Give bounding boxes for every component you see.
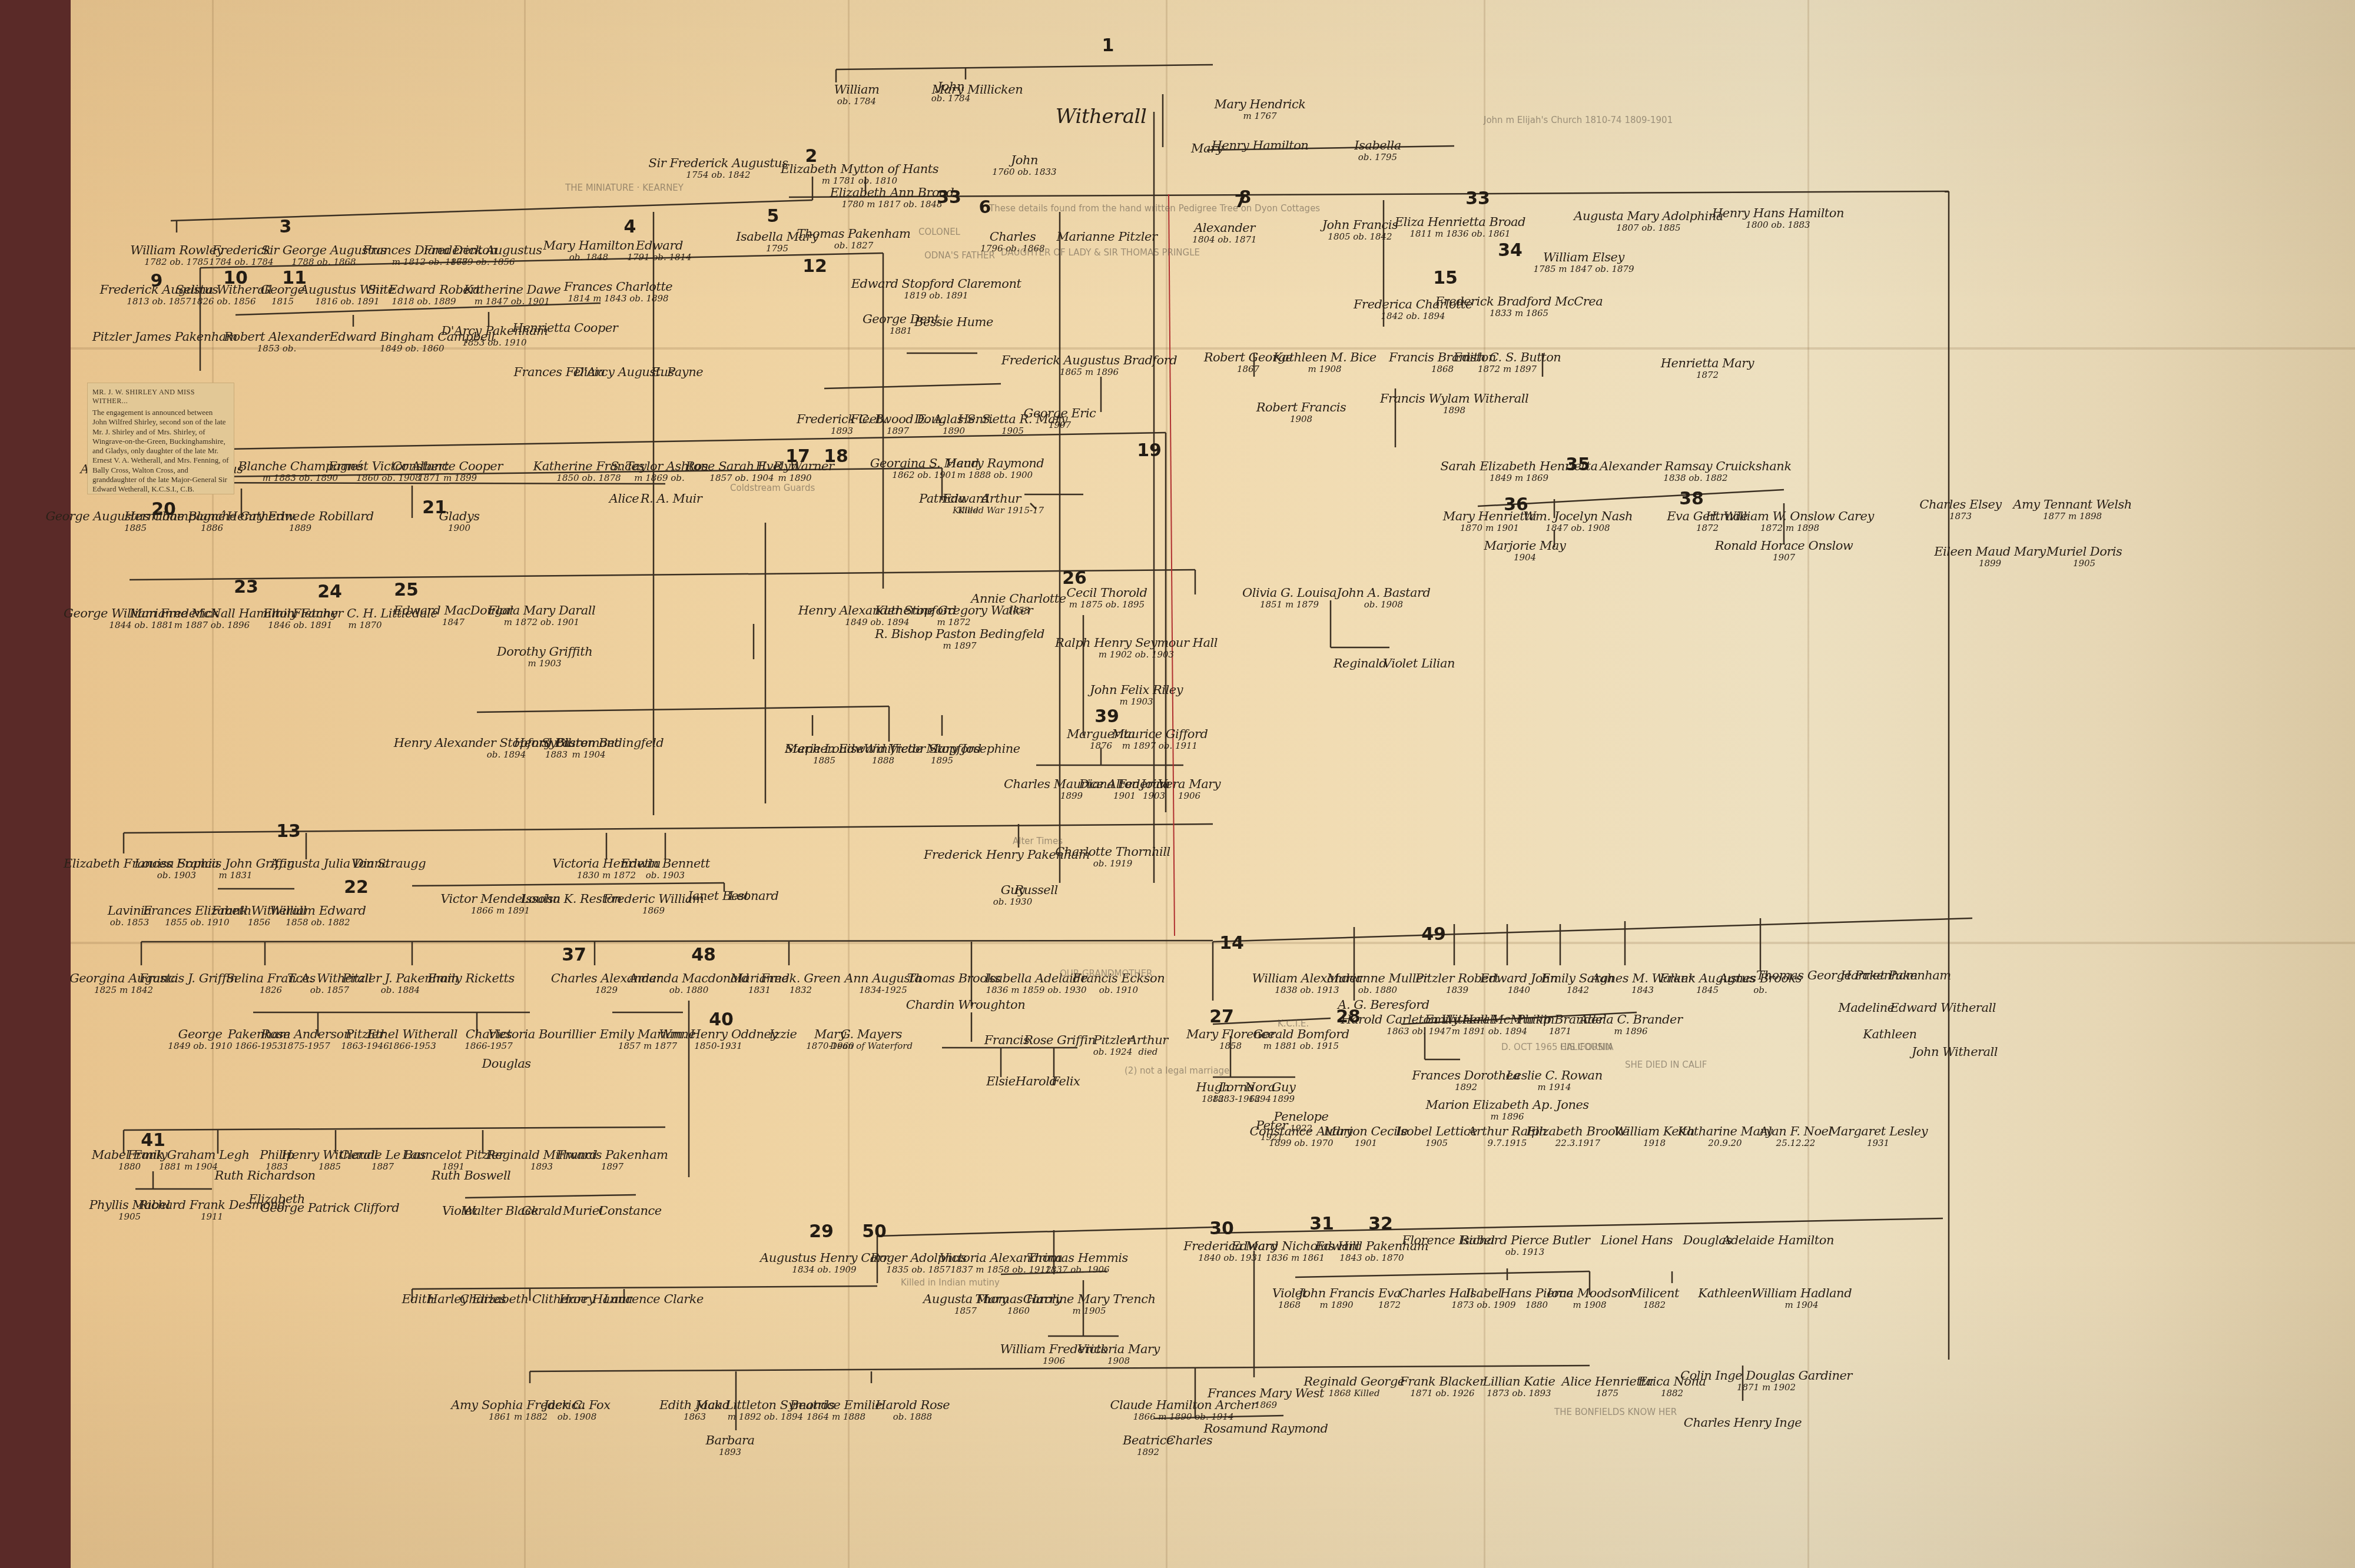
person-name: Kathleen M. Bice — [1273, 351, 1376, 364]
person-name: Edith C. S. Button — [1454, 351, 1561, 364]
person-entry: Reginald George1868 Killed — [1303, 1375, 1405, 1398]
person-dates: 1853 ob. — [224, 344, 330, 354]
person-name: Chardin Wroughton — [906, 998, 1025, 1011]
person-dates: 1875-1957 — [261, 1042, 351, 1051]
person-entry: Muriel — [563, 1204, 603, 1217]
generation-number: 35 — [1565, 454, 1590, 475]
person-name: Robert Alexander — [224, 330, 330, 343]
person-dates: 1892 — [1123, 1448, 1173, 1457]
person-dates: m 1896 — [1425, 1112, 1588, 1122]
person-name: Emily Ricketts — [427, 972, 514, 985]
person-entry: George1849 ob. 1910 — [168, 1028, 232, 1051]
person-name: Katherine Dawe — [464, 283, 561, 296]
person-name: Mary Hendrick — [1214, 98, 1305, 111]
person-entry: John1760 ob. 1833 — [992, 154, 1056, 177]
person-entry: Marianne Pitzler — [1057, 230, 1157, 243]
person-dates: m 1908 — [1273, 365, 1376, 374]
person-entry: Witherall — [1056, 107, 1147, 128]
person-name: Augustus Henry Carr — [760, 1251, 888, 1264]
person-entry: Iona Moodsonm 1908 — [1547, 1287, 1633, 1310]
person-dates: 1866-1953 — [367, 1042, 457, 1051]
generation-number: 24 — [317, 582, 342, 602]
person-dates: 1851 m 1879 — [1242, 600, 1336, 610]
person-dates: 1873 ob. 1893 — [1483, 1389, 1555, 1398]
person-dates: 1907 — [1024, 421, 1096, 430]
person-dates: ob. 1795 — [1354, 153, 1401, 162]
person-entry: Henry Paston Bedingfeldm 1904 — [514, 736, 664, 760]
pencil-annotation: Alter Times — [1013, 836, 1063, 846]
person-entry: Chardin Wroughton — [906, 998, 1025, 1011]
person-name: Marianne Pitzler — [1057, 230, 1157, 243]
person-name: Bessie Hume — [914, 315, 993, 328]
person-dates: ob. 1888 — [875, 1413, 950, 1422]
person-dates: 1819 ob. 1891 — [851, 291, 1021, 301]
person-entry: Violet Lilian — [1383, 657, 1455, 670]
person-entry: Ethel Witherall1866-1953 — [367, 1028, 457, 1051]
person-entry: Frederick Augustus1789 ob. 1856 — [424, 244, 542, 267]
person-dates: ob. 1910 — [1073, 986, 1165, 995]
person-name: Kathleen — [1698, 1287, 1752, 1300]
person-entry: Edwin Bennettob. 1903 — [621, 857, 709, 881]
person-dates: m 1881 ob. 1915 — [1253, 1042, 1349, 1051]
generation-number: 29 — [809, 1221, 834, 1242]
person-name: Harry — [559, 1293, 595, 1305]
person-entry: Barbara1893 — [705, 1434, 754, 1457]
person-entry: Eileen Maud Mary1899 — [1934, 545, 2045, 569]
person-entry: Frederick Augustus Bradford1865 m 1896 — [1001, 354, 1177, 377]
generation-number: 2 — [805, 146, 818, 167]
person-dates: m 1914 — [1506, 1083, 1602, 1092]
person-dates: 1850-1931 — [659, 1042, 778, 1051]
person-entry: Eva1872 — [1378, 1287, 1401, 1310]
pencil-annotation: COLONEL — [918, 227, 960, 237]
person-entry: Kathleen — [1698, 1287, 1752, 1300]
person-dates: 1872 m 1897 — [1454, 365, 1561, 374]
person-dates: 1869 — [603, 906, 704, 916]
person-entry: Mary Hendrickm 1767 — [1214, 98, 1305, 121]
person-entry: Constance — [598, 1204, 661, 1217]
person-name: H. William W. Onslow Carey — [1706, 510, 1874, 523]
person-entry: H. William W. Onslow Carey1872 m 1898 — [1706, 510, 1874, 533]
pencil-annotation: D. OCT 1965 CALIFORNIA — [1501, 1042, 1614, 1052]
person-entry: Francis Wylam Witherall1898 — [1380, 392, 1528, 416]
person-name: Rose Griffin — [1024, 1034, 1096, 1047]
person-entry: Alexander Ramsay Cruickshank1838 ob. 188… — [1600, 460, 1791, 483]
person-dates: m 1831 — [177, 871, 295, 881]
person-name: William Hadland — [1752, 1287, 1852, 1300]
fold-line — [71, 942, 2355, 944]
person-entry: Beatrice Emilie1864 m 1888 — [790, 1398, 883, 1422]
person-name: Francis J. Griffin — [139, 972, 237, 985]
person-entry: Guy1899 — [1272, 1081, 1296, 1104]
generation-number: 1 — [1102, 35, 1115, 56]
person-dates: 1864 m 1888 — [790, 1413, 883, 1422]
pencil-annotation: THE MINIATURE · KEARNEY — [565, 182, 684, 193]
person-dates: ob. — [1719, 986, 1802, 995]
person-dates: 1805 ob. 1842 — [1322, 232, 1398, 242]
person-entry: Robert Francis1908 — [1256, 401, 1346, 424]
generation-number: 38 — [1679, 489, 1704, 509]
person-name: John Felix Riley — [1090, 683, 1183, 696]
person-name: Richard Pierce Butler — [1460, 1234, 1590, 1247]
person-name: Guy — [1272, 1081, 1296, 1094]
person-name: G. Mayers — [830, 1028, 913, 1041]
person-entry: Wm. Henry Oddney1850-1931 — [659, 1028, 778, 1051]
person-entry: Charles — [1166, 1434, 1213, 1447]
person-entry: Edward1791 ob. 1814 — [627, 239, 691, 263]
person-name: Elizabeth Mytton of Hants — [781, 162, 938, 175]
person-dates: 1889 — [227, 524, 374, 533]
generation-number: 23 — [234, 577, 258, 597]
person-name: Henry Hamilton — [1212, 139, 1309, 152]
fold-line — [212, 0, 214, 1568]
generation-number: 9 — [151, 271, 163, 291]
person-dates: 1872 — [1378, 1301, 1401, 1310]
person-entry: Rose Griffin — [1024, 1034, 1096, 1047]
person-name: Felix — [1052, 1075, 1080, 1088]
person-dates: m 1904 — [1752, 1301, 1852, 1310]
generation-number: 12 — [802, 256, 827, 277]
person-name: Charles Henry Inge — [1684, 1416, 1802, 1429]
person-entry: William Edward1858 ob. 1882 — [270, 904, 366, 928]
person-name: Leslie C. Rowan — [1506, 1069, 1602, 1082]
person-name: Charles — [1166, 1434, 1213, 1447]
person-dates: Killed War 1915-17 — [958, 506, 1044, 516]
person-dates: 1791 ob. 1814 — [627, 253, 691, 263]
generation-number: 34 — [1498, 240, 1523, 261]
person-entry: Milicent1882 — [1630, 1287, 1679, 1310]
person-entry: Charlotte Thornhillob. 1919 — [1055, 845, 1170, 869]
generation-number: 30 — [1209, 1218, 1234, 1239]
person-dates: 1921 — [1256, 1133, 1288, 1142]
person-dates: 1907 — [1715, 553, 1853, 563]
person-dates: 1814 m 1843 ob. 1898 — [564, 294, 673, 304]
person-entry: Victoria Bourillier — [488, 1028, 595, 1041]
person-name: Frances Charlotte — [564, 280, 673, 293]
pencil-annotation: THE BONFIELDS KNOW HER — [1554, 1407, 1677, 1417]
person-name: Leonard — [728, 889, 778, 902]
person-name: Francis — [984, 1034, 1029, 1047]
generation-number: 4 — [624, 217, 636, 237]
person-entry: Kathleen M. Bicem 1908 — [1273, 351, 1376, 374]
person-dates: ob. 1930 — [993, 898, 1032, 907]
generation-number: 41 — [141, 1130, 165, 1151]
person-dates: 1785 m 1847 ob. 1879 — [1533, 265, 1634, 274]
person-name: Frances Dorothea — [1412, 1069, 1520, 1082]
person-name: Violet Lilian — [1383, 657, 1455, 670]
person-name: Colin Inge Douglas Gardiner — [1680, 1369, 1852, 1382]
person-entry: Edward Witherall — [1890, 1001, 1996, 1014]
person-entry: Nora1894 — [1245, 1081, 1275, 1104]
person-entry: Colin Inge Douglas Gardiner1871 m 1902 — [1680, 1369, 1852, 1393]
person-name: Isobel Lettice — [1396, 1125, 1477, 1138]
person-name: Alexander — [1192, 221, 1256, 234]
person-name: Maurice Gifford — [1112, 727, 1208, 740]
pencil-annotation: OUR GRANDMOTHER — [1060, 968, 1153, 979]
generation-number: 36 — [1504, 494, 1528, 515]
person-entry: Arthurdied — [1128, 1034, 1168, 1057]
person-name: William — [834, 83, 879, 96]
person-name: Sir Frederick Augustus — [649, 157, 788, 170]
person-name: Milicent — [1630, 1287, 1679, 1300]
person-name: Laurence Clarke — [603, 1293, 704, 1305]
person-entry: Henry Edw. de Robillard1889 — [227, 510, 374, 533]
person-entry: Frederick Bradford McCrea1833 m 1865 — [1435, 295, 1603, 318]
person-dates: 1908 — [1256, 415, 1346, 424]
person-name: Barbara — [705, 1434, 754, 1447]
person-entry: Adela C. Branderm 1896 — [1579, 1013, 1682, 1037]
generation-number: 31 — [1309, 1214, 1334, 1234]
person-dates: ob. 1784 — [931, 94, 970, 104]
generation-number: 49 — [1421, 924, 1446, 945]
person-name: Gerald Bomford — [1253, 1028, 1349, 1041]
person-dates: m 1908 — [1547, 1301, 1633, 1310]
person-entry: Felix — [1052, 1075, 1080, 1088]
person-dates: 1815 — [261, 297, 305, 307]
person-name: Witherall — [1056, 107, 1147, 128]
generation-number: 3 — [280, 217, 292, 237]
person-dates: 1837 ob. 1906 — [1027, 1265, 1128, 1275]
person-name: Marjorie May — [1484, 539, 1566, 552]
person-dates: m 1902 ob. 1903 — [1055, 650, 1218, 660]
person-name: Beatrice Emilie — [790, 1398, 883, 1411]
person-name: Lillian Katie — [1483, 1375, 1555, 1388]
person-dates: ob. 1880 — [1327, 986, 1429, 995]
pencil-annotation: DAUGHTER OF LADY & SIR THOMAS PRINGLE — [1001, 247, 1200, 258]
person-name: Augusta Mary Adolphina — [1574, 210, 1723, 222]
person-dates: 1866 m 1891 — [440, 906, 560, 916]
person-dates: 1866-1957 — [465, 1042, 512, 1051]
person-name: Robert Francis — [1256, 401, 1346, 414]
person-dates: 1871 m 1899 — [392, 474, 503, 483]
person-dates: 1849 ob. 1910 — [168, 1042, 232, 1051]
person-entry: Rose Anderson1875-1957 — [261, 1028, 351, 1051]
generation-number: 50 — [862, 1221, 887, 1242]
person-dates: ob. 1908 — [1337, 600, 1431, 610]
generation-number: 18 — [824, 446, 848, 467]
person-entry: Eliza Henrietta Broad1811 m 1836 ob. 186… — [1395, 215, 1525, 239]
person-name: Winifrede Mary Josephine — [864, 742, 1020, 755]
person-dates: 1807 ob. 1885 — [1574, 224, 1723, 233]
person-name: Douglas — [482, 1057, 531, 1070]
person-entry: Charles Elsey1873 — [1919, 498, 2001, 521]
person-dates: 1922 — [1274, 1124, 1329, 1134]
person-name: Kathleen — [1863, 1028, 1916, 1041]
person-name: John Francis — [1322, 218, 1398, 231]
generation-number: 48 — [691, 945, 716, 965]
person-entry: Douglas — [482, 1057, 531, 1070]
person-name: Russell — [1014, 883, 1057, 896]
person-name: Harold Rose — [875, 1398, 950, 1411]
person-name: Henry Paston Bedingfeld — [514, 736, 664, 749]
person-dates: 1873 — [1919, 512, 2001, 521]
generation-number: 25 — [394, 580, 419, 600]
person-dates: 1870 m 1901 — [1443, 524, 1536, 533]
person-name: Rose Anderson — [261, 1028, 351, 1041]
person-dates: 1869 — [1208, 1401, 1324, 1410]
person-entry: William Hadlandm 1904 — [1752, 1287, 1852, 1310]
generation-number: 33 — [937, 187, 961, 208]
person-entry: Emily Ricketts — [427, 972, 514, 985]
person-dates: 1872 — [1661, 371, 1754, 380]
pencil-annotation: John m Elijah's Church 1810-74 1809-1901 — [1484, 115, 1673, 125]
person-entry: Elizabeth Mytton of Hantsm 1781 ob. 1810 — [781, 162, 938, 186]
person-name: Isabella — [1354, 139, 1401, 152]
person-dates: 1900 — [439, 524, 479, 533]
person-dates: m 1767 — [1214, 112, 1305, 121]
person-entry: Elsie — [986, 1075, 1015, 1088]
person-entry: E. Payne — [651, 366, 703, 378]
person-entry: Dorothy Griffithm 1903 — [497, 645, 592, 669]
person-name: Francis Pakenham — [557, 1148, 668, 1161]
person-entry: Richard Pierce Butlerob. 1913 — [1460, 1234, 1590, 1257]
person-name: Von Straugg — [351, 857, 426, 870]
person-name: John — [992, 154, 1056, 167]
person-dates: 1872 m 1898 — [1706, 524, 1874, 533]
person-entry: Harriet Pakenham — [1840, 969, 1951, 982]
person-dates: 1899 — [1272, 1095, 1296, 1104]
person-entry: Thomas Hemmis1837 ob. 1906 — [1027, 1251, 1128, 1275]
person-entry: Maurice Giffordm 1897 ob. 1911 — [1112, 727, 1208, 751]
person-entry: John Francism 1890 — [1299, 1287, 1375, 1310]
person-name: Nora — [1245, 1081, 1275, 1094]
person-dates: m 1781 ob. 1810 — [781, 177, 938, 186]
person-dates: 1868 Killed — [1303, 1389, 1405, 1398]
person-entry: Edith C. S. Button1872 m 1897 — [1454, 351, 1561, 374]
person-name: Frederick Augustus — [424, 244, 542, 257]
generation-number: 17 — [785, 446, 810, 467]
person-name: Marianne Muller — [1327, 972, 1429, 985]
generation-number: 20 — [151, 499, 176, 520]
person-entry: Marjorie May1904 — [1484, 539, 1566, 563]
person-dates: ob. 1919 — [1055, 859, 1170, 869]
person-entry: Rosamund Raymond — [1203, 1422, 1328, 1435]
generation-number: 19 — [1137, 440, 1162, 461]
person-dates: 1754 ob. 1842 — [649, 171, 788, 180]
person-dates: ob. 1827 — [797, 241, 911, 251]
person-dates: 1849 m 1869 — [1441, 474, 1598, 483]
person-entry: George Eric1907 — [1024, 407, 1096, 430]
person-name: Reginald — [1334, 657, 1387, 670]
generation-number: 14 — [1219, 933, 1244, 954]
person-dates: ob. 1924 — [1093, 1048, 1132, 1057]
person-name: Eva — [1378, 1287, 1401, 1300]
person-name: Dorothy Griffith — [497, 645, 592, 658]
pencil-annotation: ODNA'S FATHER — [924, 250, 995, 261]
person-entry: Amy Tennant Welsh1877 m 1898 — [2013, 498, 2131, 521]
person-name: Edward Stopford Claremont — [851, 277, 1021, 290]
person-name: Charlotte Thornhill — [1055, 845, 1170, 858]
person-dates: m 1896 — [1579, 1027, 1682, 1037]
person-entry: John A. Bastardob. 1908 — [1337, 586, 1431, 610]
generation-number: 22 — [344, 877, 369, 898]
person-entry: Harry — [559, 1293, 595, 1305]
person-name: Arthur — [958, 492, 1044, 505]
person-entry: Harold Roseob. 1888 — [875, 1398, 950, 1422]
person-name: E. Payne — [651, 366, 703, 378]
person-entry: Jack C. Foxob. 1908 — [543, 1398, 610, 1422]
person-name: Henry Edw. de Robillard — [227, 510, 374, 523]
person-name: George — [168, 1028, 232, 1041]
person-name: Rosamund Raymond — [1203, 1422, 1328, 1435]
person-dates: 1904 — [1484, 553, 1566, 563]
person-name: Eliza Henrietta Broad — [1395, 215, 1525, 228]
person-entry: Penelope1922 — [1274, 1110, 1329, 1134]
person-name: Penelope — [1274, 1110, 1329, 1123]
person-entry: Edward Stopford Claremont1819 ob. 1891 — [851, 277, 1021, 301]
person-dates: 1853 — [971, 606, 1066, 616]
pencil-annotation: SHE DIED IN CALIF — [1625, 1059, 1707, 1070]
person-name: Muriel — [563, 1204, 603, 1217]
person-dates: 20.9.20 — [1678, 1139, 1773, 1148]
person-entry: Laurence Clarke — [603, 1293, 704, 1305]
person-entry: Henrietta Cooper — [513, 321, 618, 334]
generation-number: 21 — [422, 497, 447, 518]
person-dates: m 1872 — [875, 618, 1033, 627]
person-dates: 1892 — [1412, 1083, 1520, 1092]
generation-number: 39 — [1094, 706, 1119, 727]
person-entry: Annie Charlotte1853 — [971, 592, 1066, 616]
person-entry: Gerald Bomfordm 1881 ob. 1915 — [1253, 1028, 1349, 1051]
person-entry: Augustus Henry Carr1834 ob. 1909 — [760, 1251, 888, 1275]
person-entry: Sir Frederick Augustus1754 ob. 1842 — [649, 157, 788, 180]
person-name: George Patrick Clifford — [260, 1201, 399, 1214]
person-entry: Cecil Thoroldm 1875 ob. 1895 — [1067, 586, 1147, 610]
person-dates: 1898 — [1380, 406, 1528, 416]
person-dates: 1858 ob. 1882 — [270, 918, 366, 928]
person-dates: Dean of Waterford — [830, 1042, 913, 1051]
person-name: William Elsey — [1533, 251, 1634, 264]
person-name: Frank Blacker — [1399, 1375, 1485, 1388]
person-name: Charles Elsey — [1919, 498, 2001, 511]
person-name: Muriel Doris — [2046, 545, 2122, 558]
person-dates: 1789 ob. 1856 — [424, 258, 542, 267]
person-entry: Augusta Mary Adolphina1807 ob. 1885 — [1574, 210, 1723, 233]
person-name: Victoria Mary — [1077, 1343, 1160, 1356]
person-name: Adelaide Hamilton — [1722, 1234, 1834, 1247]
person-name: Reginald George — [1303, 1375, 1405, 1388]
person-entry: Constance Cooper1871 m 1899 — [392, 460, 503, 483]
person-dates: 1780 m 1817 ob. 1848 — [830, 200, 954, 210]
person-dates: 1834-1925 — [845, 986, 922, 995]
generation-number: 11 — [282, 268, 307, 288]
person-name: Marion Elizabeth Ap. Jones — [1425, 1098, 1588, 1111]
person-entry: Muriel Doris1905 — [2046, 545, 2122, 569]
person-entry: John Witherall — [1912, 1045, 1998, 1058]
person-name: Alan F. Noel — [1759, 1125, 1832, 1138]
person-dates: 1853 ob. 1910 — [442, 338, 548, 348]
person-entry: Katherine Dawem 1847 ob. 1901 — [464, 283, 561, 307]
person-entry: Johnob. 1784 — [931, 80, 970, 104]
person-name: Wm. Jocelyn Nash — [1523, 510, 1633, 523]
person-dates: m 1904 — [514, 750, 664, 760]
person-entry: Von Straugg — [351, 857, 426, 870]
person-entry: Williamob. 1784 — [834, 83, 879, 107]
person-entry: Vera Mary1906 — [1158, 778, 1220, 801]
person-dates: died — [1128, 1048, 1168, 1057]
person-name: Edwin Bennett — [621, 857, 709, 870]
person-entry: John Felix Rileym 1903 — [1090, 683, 1183, 707]
person-entry: Gerald — [522, 1204, 562, 1217]
person-name: Thomas Pakenham — [797, 227, 911, 240]
person-entry: Fredk. Green1832 — [761, 972, 841, 995]
person-entry: Reginald — [1334, 657, 1387, 670]
clipping-body: The engagement is announced between John… — [92, 408, 229, 493]
person-entry: Alan F. Noel25.12.22 — [1759, 1125, 1832, 1148]
person-name: Frederick Augustus Bradford — [1001, 354, 1177, 367]
person-name: Alice — [609, 492, 639, 505]
person-dates: m 1897 ob. 1911 — [1112, 742, 1208, 751]
